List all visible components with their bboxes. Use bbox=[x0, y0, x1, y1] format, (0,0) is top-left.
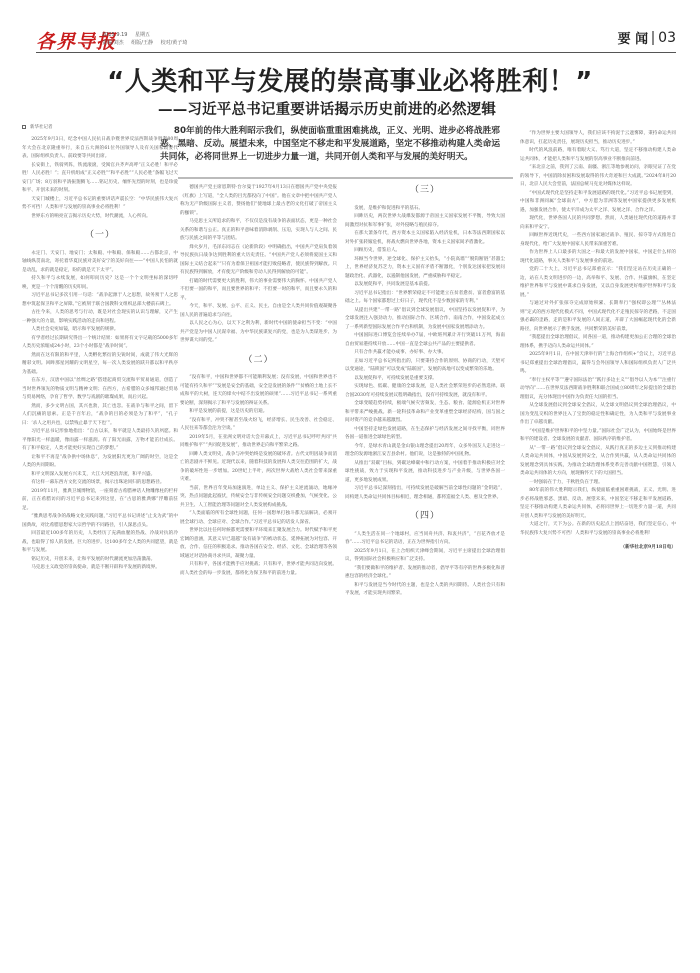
body-paragraph: 有学者经过长期研究得出一个统计结果：如果将有文字记载的5000多年人类历史浓缩成… bbox=[22, 335, 178, 352]
body-paragraph: 2025年9月3日，纪念中国人民抗日战争暨世界反法西斯战争胜利80周年大会在北京… bbox=[22, 136, 178, 162]
body-paragraph: “人类面临的所有全球性问题，任何一国想单打独斗都无法解决，必须开展全球行动、全球… bbox=[180, 510, 337, 527]
proof-credit: 校对/黄子琦 bbox=[161, 40, 188, 46]
column-2: 德国共产党主席恩斯特·台尔曼于1927年4月13日在德国共产党中央党报《红旗》上… bbox=[180, 184, 337, 964]
lead-paragraph: 80年前的伟大胜利昭示我们，纵使面临重重困难挑战，正义、光明、进步必将战胜邪恶、… bbox=[160, 125, 500, 164]
body-paragraph: 发展，是维护和促进和平的基石。 bbox=[345, 205, 505, 214]
body-paragraph: 只有和平，各国才能携手应对挑战；只有和平，世界才能共同迈向发展。而人类社会的每一… bbox=[180, 561, 337, 578]
section-heading-4: （四） bbox=[345, 512, 505, 521]
byline: 新华社记者 bbox=[22, 124, 53, 130]
page-number: 03 bbox=[658, 30, 676, 46]
body-paragraph: 在东方，汉唐中国以“丝绸之路”搭建起商贸交流和平贸易通道，创造了当时世界领先的物… bbox=[22, 377, 178, 403]
body-paragraph: 大道之行，天下为公。在新的历史起点上团结奋进，我们坚定信心，中华民族伟大复兴势不… bbox=[520, 521, 676, 538]
body-paragraph: 持久和平与永续发展，如何叩问历史？这是一个个文明坐标的深切呼唤，更是一个个清醒的… bbox=[22, 275, 178, 292]
body-paragraph: 现代化，世界各国人民的共同梦想。然而，人类通往现代化的道路并非向来和平安宁。 bbox=[520, 215, 676, 232]
body-paragraph: 从提出共建“一带一路”倡议到全球发展倡议，中国坚持以发展促和平，为全球发展注入强… bbox=[345, 307, 505, 333]
body-paragraph: 80年前的伟大胜利昭示我们，纵使面临重重困难挑战，正义、光明、进步必将战胜邪恶、… bbox=[520, 487, 676, 521]
body-paragraph: 习近平总书记指出：“世界繁荣稳定不可能建立在贫者愈贫、富者愈富的基础之上。每个国… bbox=[345, 290, 505, 307]
body-paragraph: 习近平总书记深刻指出，可持续发展是破解当前全球性问题的“金钥匙”，同构建人类命运… bbox=[345, 485, 505, 502]
body-paragraph: 回顾历史，借鉴后人。 bbox=[345, 247, 505, 256]
issue-meta: 2025.9.19 星期五 责编/刘杰 组版/王静 校对/黄子琦 bbox=[102, 31, 193, 47]
body-paragraph: 天安门城楼上，习近平总书记的重要讲话声震长空：“中华民族伟大复兴势不可挡！人类和… bbox=[22, 196, 178, 213]
body-paragraph: “来北京之前，我到了云南、南疆、浙江等地参观访问，亲眼见证了在党的领导下，中国消… bbox=[520, 164, 676, 190]
body-paragraph: “人类生活在同一个地球村，应当同舟共济、和衷共济”，“百花齐放才是春”……习近平… bbox=[345, 531, 505, 548]
body-paragraph: 世界比以往任何时候都更需要和平环境来汇聚发展合力。时代赋予和平更宏阔的意涵，其意… bbox=[180, 527, 337, 561]
body-paragraph: 中国国际进口博览会连续举办7届，中欧班列累计开行突破11万列，海南自由贸易港持续… bbox=[345, 332, 505, 349]
body-paragraph: 以人民之心为心，以天下之利为利，新时代中国的使命担当不变：“中国共产党是为中国人… bbox=[180, 320, 337, 346]
section-heading-2: （二） bbox=[180, 356, 337, 365]
body-paragraph: 以发展促和平，共同发展是基本前提。 bbox=[345, 281, 505, 290]
section-heading-1: （一） bbox=[22, 231, 178, 240]
body-paragraph: 永定门、天安门、地安门；太和殿、中和殿、保和殿……古都北京，中轴线纵贯南北，寄托… bbox=[22, 250, 178, 276]
body-paragraph: 在那大萧条年代，西方资本主义国家陷入经济危机，日本等法西斯国家以对外扩张转嫁危机… bbox=[345, 230, 505, 247]
body-paragraph: 2025年9月1日，在中国天津举行的“上海合作组织+”会议上，习近平总书记郑重提… bbox=[520, 351, 676, 377]
body-paragraph: 习近平总书记形象地指出：“自古以来，和平就是人类最持久的夙愿。和平像阳光一样温暖… bbox=[22, 428, 178, 454]
body-paragraph: “没有和平，冲突不断甚至战火纷飞，经济增长、民生改善、社会稳定、人民往来等都会沦… bbox=[180, 417, 337, 434]
issue-date: 2025.9.19 bbox=[102, 32, 127, 38]
body-paragraph: 今天，和平、发展、公平、正义、民主、自由是全人类共同价值观凝聚各国人民的普遍追求… bbox=[180, 303, 337, 320]
body-paragraph: 以发展促和平，可持续发展是重要支撑。 bbox=[345, 375, 505, 384]
body-paragraph: 中国坚持走绿色发展道路，在生态保护与经济发展之间寻找平衡，同世界各国一道推进全球… bbox=[345, 426, 505, 443]
body-paragraph: “作为世界主要大国领导人，我们应该不拘泥于云遮雾障，秉持命运共同体意识，扛起历史… bbox=[520, 130, 676, 147]
column-3: （三） 发展，是维护和促进和平的基石。 回眸历史，两次世界大战爆发都源于帝国主义… bbox=[345, 184, 505, 964]
body-paragraph: 回眸人类文明史，战争与冲突始终是发展的破坏者。古代文明因战争而消亡的悲剧并不鲜见… bbox=[180, 451, 337, 485]
body-paragraph: 然而在这有限的和平里，人类孵化繁衍的尖锐时间，成就了伟大光辉的精彩文明。回眸那星… bbox=[22, 352, 178, 378]
body-paragraph: 2019年5月，在亚洲文明对话大会开幕式上，习近平总书记呼吁共同“共同维护和平”… bbox=[180, 434, 337, 451]
section-heading-3: （三） bbox=[345, 186, 505, 195]
body-paragraph: 只有合作共赢才能办成事、办好事、办大事。 bbox=[345, 349, 505, 358]
body-paragraph: 2019年11月，雅典卫城博物馆，一座刻着古希腊神话人物雕像柱的栏杆前，正在希腊… bbox=[22, 488, 178, 514]
body-paragraph: 作为世界上人口最多的大国之一和最大的发展中国家，中国走什么样的现代化道路，事关人… bbox=[520, 249, 676, 266]
byline-box-icon bbox=[22, 125, 26, 129]
column-4: “作为世界主要大国领导人，我们应该不拘泥于云遮雾障，秉持命运共同体意识，扛起历史… bbox=[520, 130, 676, 965]
body-paragraph: “中国式现代化是坚持走和平发展道路的现代化。”习近平总书记展望到，中国和非洲同属… bbox=[520, 190, 676, 216]
body-paragraph: 回眸历史，两次世界大战爆发都源于帝国主义国家发展不平衡，导致大国间激烈对抗和军事… bbox=[345, 213, 505, 230]
subheadline: ——习近平总书记重要讲话揭示历史前进的必然逻辑 bbox=[158, 98, 578, 119]
body-paragraph: “奉行主权平等”“遵守国际法治”“践行多边主义”“倡导以人为本”“注重行动导向”… bbox=[520, 377, 676, 403]
body-paragraph: 从“一带一路”倡议到全球安全倡议，从践行真正的多边主义到推动构建人类命运共同体，… bbox=[520, 445, 676, 479]
body-paragraph: 让和平不再是“战争供中场休息”，为发展阳光更为广阔的时空，这是全人类的共同期盼。 bbox=[22, 454, 178, 471]
body-paragraph: 有这样一幕东西方文化交流的场景，揭示出珠途同归的思想路径。 bbox=[22, 479, 178, 488]
body-paragraph: “雅典思考战争的战略文化实践问题，”习近平总书记讲述“止戈为武”的中国典故，对比… bbox=[22, 513, 178, 530]
body-paragraph: 习近平总书记多次引用一句话：“战争起源于人之思想，故务须于人之思想中筑起保卫和平… bbox=[22, 292, 178, 309]
body-paragraph: 党的二十大上，习近平总书记郑重宣示：“我们坚定站在历史正确的一边，站在人类文明进… bbox=[520, 266, 676, 300]
body-paragraph: 马克思主义所追求的和平，不仅仅是没有战争的表面状态，更是一种社会关系的和谐与公正… bbox=[180, 218, 337, 244]
byline-text: 新华社记者 bbox=[30, 124, 53, 130]
lead-divider bbox=[178, 177, 513, 179]
body-paragraph: 世界东方的响亮宣言揭示历史大势，时代潮流，人心所向。 bbox=[22, 213, 178, 222]
body-paragraph: 从全球发展倡议到全球安全倡议，从全球文明倡议到全球治理倡议，中国为变乱交织的世界… bbox=[520, 402, 676, 428]
section-name: 要 闻 bbox=[618, 28, 649, 47]
body-paragraph: 马克思主义政党的崇高使命，就是不断开辟和平发展的新境界。 bbox=[22, 564, 178, 573]
section-divider bbox=[652, 31, 654, 45]
body-paragraph: 烽火岁月，毛泽东同志在《论新阶段》中明确指出，中国共产党肩负着领导民族抗日战争达… bbox=[180, 244, 337, 278]
headline: “人类和平与发展的崇高事业必将胜利！” bbox=[0, 61, 700, 98]
body-paragraph: 今年，是绿水青山就是金山银山理念提出20周年，众多外国友人走进这一理念的发源地浙… bbox=[345, 443, 505, 460]
body-paragraph: 然而，多少文明古国，其兴也勃，其亡也忽。在战争与和平之间，留下人们沉痛的思索。正… bbox=[22, 403, 178, 429]
body-paragraph: 回顾世界近现代史，一些西方国家通过战争、殖民、掠夺等方式推进自身现代化，给广大发… bbox=[520, 232, 676, 249]
body-paragraph: 一时强弱在于力，千秋胜负在于理。 bbox=[520, 479, 676, 488]
body-paragraph: “中国是维护世界和平的中坚力量。”国际社会广泛认为，中国始终是世界和平的建设者、… bbox=[520, 428, 676, 445]
body-paragraph: 回首最近100多年的历史，人类经历了充满血腥的热战、冷战对抗的冷战，也取得了惊人… bbox=[22, 530, 178, 556]
body-paragraph: 环顾当今世界，逆全球化、保护主义抬头，“小院高墙”“脱钩断链”甚嚣尘上，世界经济… bbox=[345, 256, 505, 282]
editor-credit: 责编/刘杰 bbox=[102, 40, 124, 46]
body-paragraph: 正如习近平总书记所指出的，只要秉持合作的原则、协商的行动，天堑可以变通途，“陆锁… bbox=[345, 358, 505, 375]
body-paragraph: 全球变暖趋势持续，极端气候灾害频发，生态、粮食、能源危机正对世界和平带来严峻挑战… bbox=[345, 400, 505, 426]
body-paragraph: 与通过对外扩张掠夺完成原始积累、长期奉行“强权即公理”“丛林法则”定式的西方现代… bbox=[520, 300, 676, 334]
body-paragraph: 德国共产党主席恩斯特·台尔曼于1927年4月13日在德国共产党中央党报《红旗》上… bbox=[180, 184, 337, 218]
body-paragraph: “我们要做和平的维护者、发展的推动者，倡导平等有序的世界多极化和普惠包容的经济全… bbox=[345, 565, 505, 582]
body-paragraph: “没有和平，中国和世界都不可能顺利发展；没有发展，中国和世界也不可能有持久和平”… bbox=[180, 374, 337, 408]
body-paragraph: 从推出“双碳”目标，到碳达峰碳中和行动方案，中国着手推动积极应对全球性挑战，致力… bbox=[345, 460, 505, 486]
body-paragraph: 和平与发展是当今时代的主题，也是全人类的共同期待。人类社会只有和平发展，才能实现… bbox=[345, 582, 505, 599]
body-paragraph: “我愿提出全球治理倡议，同各国一道，推动构建更加公正合理的全球治理体系，携手迈向… bbox=[520, 334, 676, 351]
body-paragraph: 人类社会史宛如镜，昭示和平发展的规律。 bbox=[22, 326, 178, 335]
body-paragraph: 实现绿色、低碳、健康的全球发展，是人类社会繁荣进步的必然选择。联合国2030年可… bbox=[345, 383, 505, 400]
dateline: （新华社北京9月18日电） bbox=[520, 544, 676, 553]
body-paragraph: 2025年9月1日，在上合组织天津峰会期间，习近平主席提出全球治理倡议，得到国际… bbox=[345, 548, 505, 565]
section-label: 要 闻 03 bbox=[618, 28, 676, 47]
body-paragraph: 时代的风浪前路，唯有着眼大义、笃行大道，坚定不移推动构建人类命运共同体，才能把人… bbox=[520, 147, 676, 164]
issue-weekday: 星期五 bbox=[135, 32, 150, 38]
body-paragraph: 和平文明深入发展方兴未艾，大江大河逐浪奔流，和平兴盛。 bbox=[22, 471, 178, 480]
body-paragraph: 古往今来，人类的思考与行动，既是对社会现实的认识与理解，又产生一种强大的力量，影… bbox=[22, 309, 178, 326]
body-paragraph: 和平是发展的前提，这是历史的启迪。 bbox=[180, 408, 337, 417]
layout-credit: 组版/王静 bbox=[131, 40, 153, 46]
column-1: 2025年9月3日，纪念中国人民抗日战争暨世界反法西斯战争胜利80周年大会在北京… bbox=[22, 136, 178, 966]
masthead: 各界导报 2025.9.19 星期五 责编/刘杰 组版/王静 校对/黄子琦 要 … bbox=[36, 27, 676, 53]
body-paragraph: 铭记历史，开创未来，让和平发展的时代潮流更加浩荡激荡。 bbox=[22, 556, 178, 565]
body-paragraph: 当前，世界百年变局加速演进，单边主义、保护主义逆流涌动，地缘冲突、热点问题此起彼… bbox=[180, 485, 337, 511]
body-paragraph: 长安街上，铁骑列阵，铁流滚滚，受阅官兵齐声高呼“正义必胜！和平必胜！人民必胜！”… bbox=[22, 162, 178, 196]
body-paragraph: 打破的时代需要更大的胜利，伟大的事业需要伟大的胸怀。中国共产党人不但要一国的和平… bbox=[180, 278, 337, 304]
